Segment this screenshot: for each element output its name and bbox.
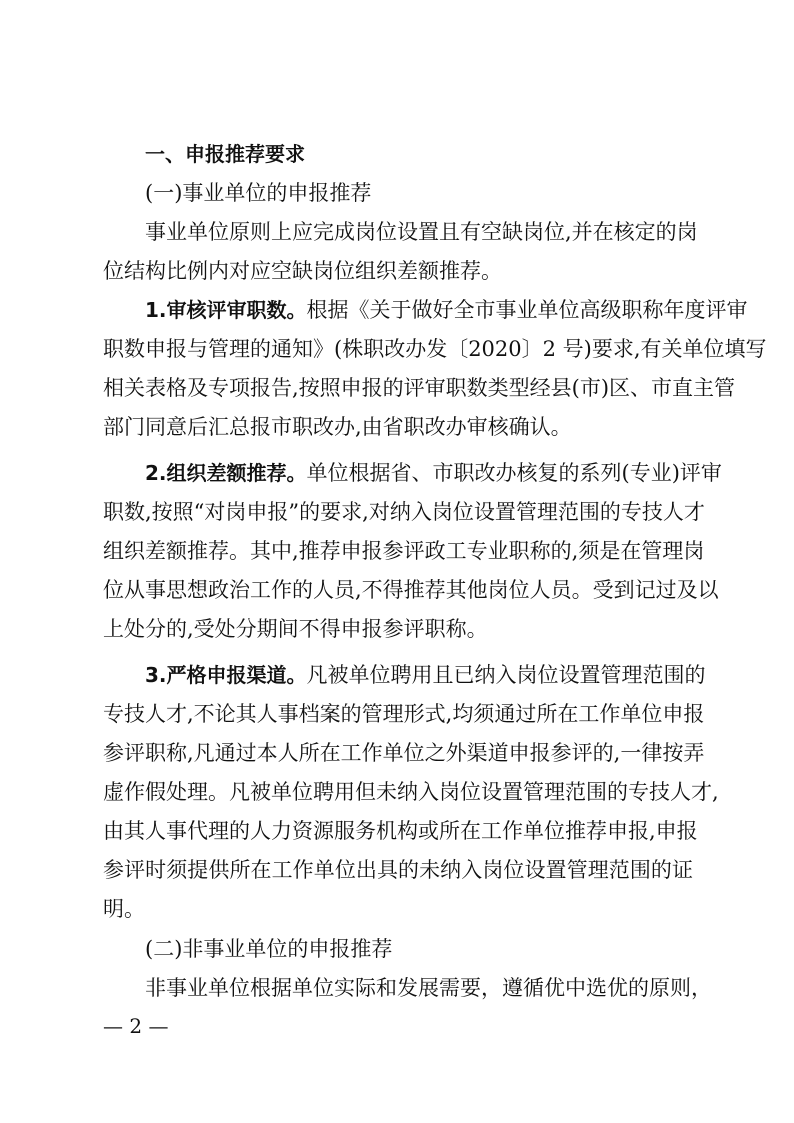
heading-requirements: 一、申报推荐要求 bbox=[145, 139, 685, 169]
item-2-line: 位从事思想政治工作的人员,不得推荐其他岗位人员。受到记过及以 bbox=[103, 575, 693, 605]
item-2-text: 单位根据省、市职改办核复的系列(专业)评审 bbox=[307, 461, 722, 485]
item-1-line: 部门同意后汇总报市职改办,由省职改办审核确认。 bbox=[103, 412, 693, 442]
item-1-label: 1.审核评审职数。 bbox=[145, 298, 307, 322]
item-2-label: 2.组织差额推荐。 bbox=[145, 461, 307, 485]
item-3-line: 参评职称,凡通过本人所在工作单位之外渠道申报参评的,一律按弄 bbox=[103, 738, 693, 768]
item-3-line: 明。 bbox=[103, 894, 693, 924]
item-1-first-line: 1.审核评审职数。根据《关于做好全市事业单位高级职称年度评审 bbox=[145, 295, 693, 325]
item-3-line: 虚作假处理。凡被单位聘用但未纳入岗位设置管理范围的专技人才, bbox=[103, 777, 693, 807]
item-3-text: 凡被单位聘用且已纳入岗位设置管理范围的 bbox=[307, 663, 706, 687]
section-1-intro-line: 位结构比例内对应空缺岗位组织差额推荐。 bbox=[103, 256, 693, 286]
section-2-intro-line: 非事业单位根据单位实际和发展需要，遵循优中选优的原则， bbox=[103, 973, 693, 1003]
item-3-line: 由其人事代理的人力资源服务机构或所在工作单位推荐申报,申报 bbox=[103, 816, 693, 846]
item-1-text: 根据《关于做好全市事业单位高级职称年度评审 bbox=[307, 298, 748, 322]
item-2-line: 组织差额推荐。其中,推荐申报参评政工专业职称的,须是在管理岗 bbox=[103, 536, 693, 566]
item-3-line: 专技人才,不论其人事档案的管理形式,均须通过所在工作单位申报 bbox=[103, 699, 693, 729]
item-3-label: 3.严格申报渠道。 bbox=[145, 663, 307, 687]
section-2-title: (二)非事业单位的申报推荐 bbox=[145, 934, 685, 964]
item-3-line: 参评时须提供所在工作单位出具的未纳入岗位设置管理范围的证 bbox=[103, 855, 693, 885]
section-1-title: (一)事业单位的申报推荐 bbox=[145, 178, 685, 208]
item-1-line: 职数申报与管理的通知》(株职改办发〔2020〕2 号)要求,有关单位填写 bbox=[103, 334, 693, 364]
item-2-line: 上处分的,受处分期间不得申报参评职称。 bbox=[103, 614, 693, 644]
page-number: — 2 — bbox=[103, 1012, 168, 1040]
item-2-line: 职数,按照“对岗申报”的要求,对纳入岗位设置管理范围的专技人才 bbox=[103, 497, 693, 527]
item-1-line: 相关表格及专项报告,按照申报的评审职数类型经县(市)区、市直主管 bbox=[103, 373, 693, 403]
section-1-intro-line: 事业单位原则上应完成岗位设置且有空缺岗位,并在核定的岗 bbox=[103, 217, 693, 247]
item-2-first-line: 2.组织差额推荐。单位根据省、市职改办核复的系列(专业)评审 bbox=[145, 458, 693, 488]
item-3-first-line: 3.严格申报渠道。凡被单位聘用且已纳入岗位设置管理范围的 bbox=[145, 660, 693, 690]
